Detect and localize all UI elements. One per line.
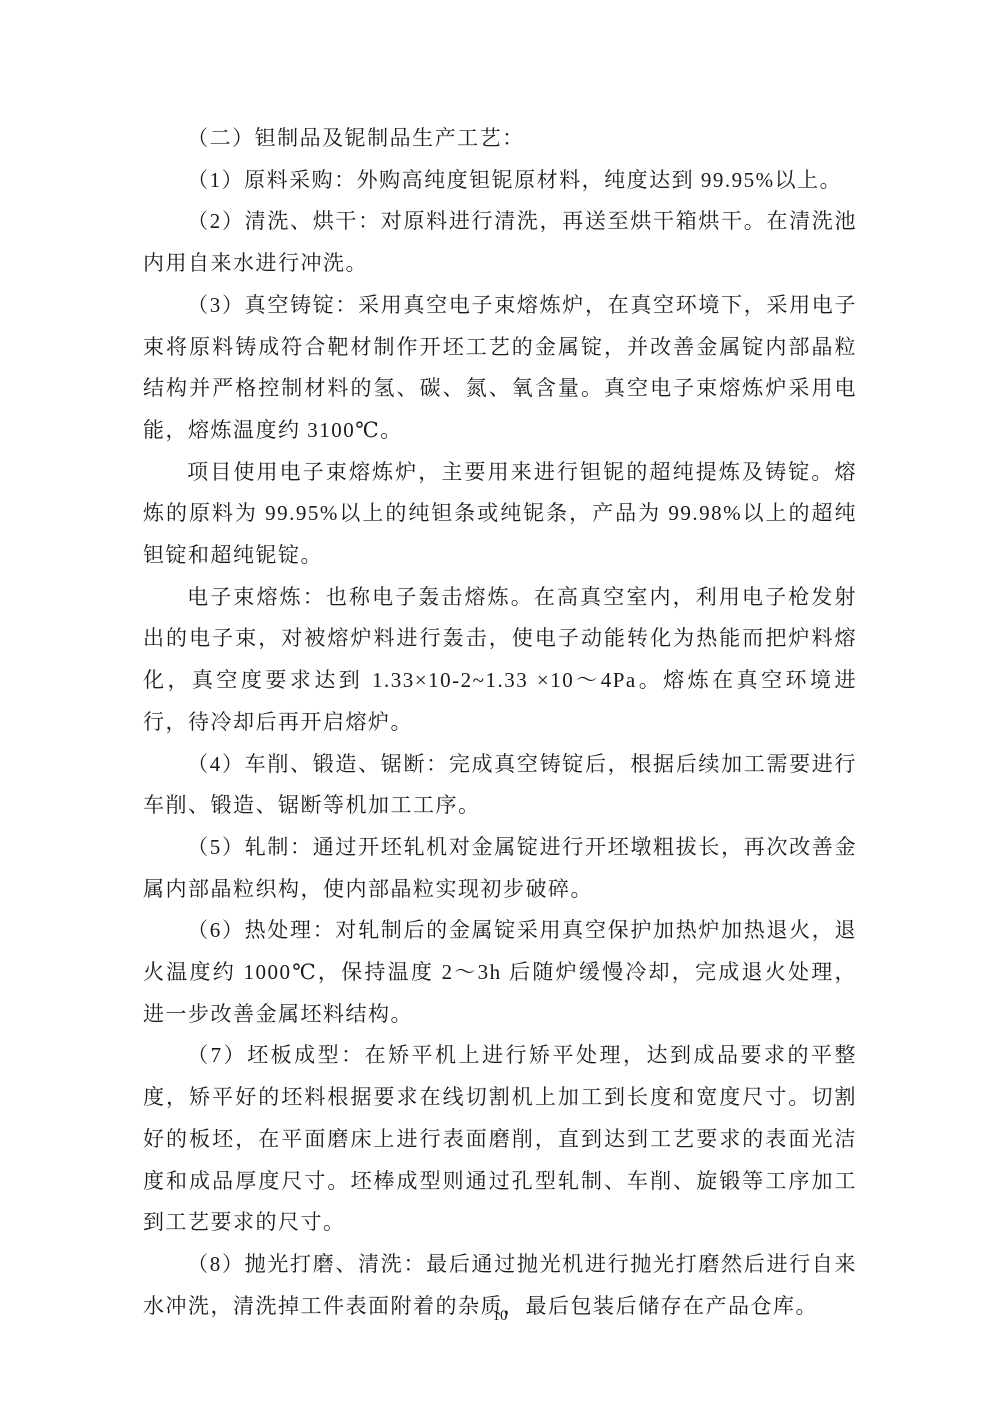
paragraph-step-6: （6）热处理：对轧制后的金属锭采用真空保护加热炉加热退火，退火温度约 1000℃…: [143, 910, 857, 1035]
paragraph-section-heading: （二）钽制品及铌制品生产工艺：: [143, 118, 857, 160]
page-number: 10: [0, 1308, 1000, 1325]
document-content: （二）钽制品及铌制品生产工艺： （1）原料采购：外购高纯度钽铌原材料，纯度达到 …: [143, 118, 857, 1327]
document-page: （二）钽制品及铌制品生产工艺： （1）原料采购：外购高纯度钽铌原材料，纯度达到 …: [0, 0, 1000, 1414]
paragraph-step-3: （3）真空铸锭：采用真空电子束熔炼炉，在真空环境下，采用电子束将原料铸成符合靶材…: [143, 285, 857, 452]
paragraph-step-5: （5）轧制：通过开坯轧机对金属锭进行开坯墩粗拔长，再次改善金属内部晶粒织构，使内…: [143, 827, 857, 910]
paragraph-step-1: （1）原料采购：外购高纯度钽铌原材料，纯度达到 99.95%以上。: [143, 160, 857, 202]
paragraph-step-2: （2）清洗、烘干：对原料进行清洗，再送至烘干箱烘干。在清洗池内用自来水进行冲洗。: [143, 201, 857, 284]
paragraph-step-4: （4）车削、锻造、锯断：完成真空铸锭后，根据后续加工需要进行车削、锻造、锯断等机…: [143, 744, 857, 827]
paragraph-note-furnace: 项目使用电子束熔炼炉，主要用来进行钽铌的超纯提炼及铸锭。熔炼的原料为 99.95…: [143, 452, 857, 577]
paragraph-note-ebeam: 电子束熔炼：也称电子轰击熔炼。在高真空室内，利用电子枪发射出的电子束，对被熔炉料…: [143, 577, 857, 744]
paragraph-step-7: （7）坯板成型：在矫平机上进行矫平处理，达到成品要求的平整度，矫平好的坯料根据要…: [143, 1035, 857, 1244]
